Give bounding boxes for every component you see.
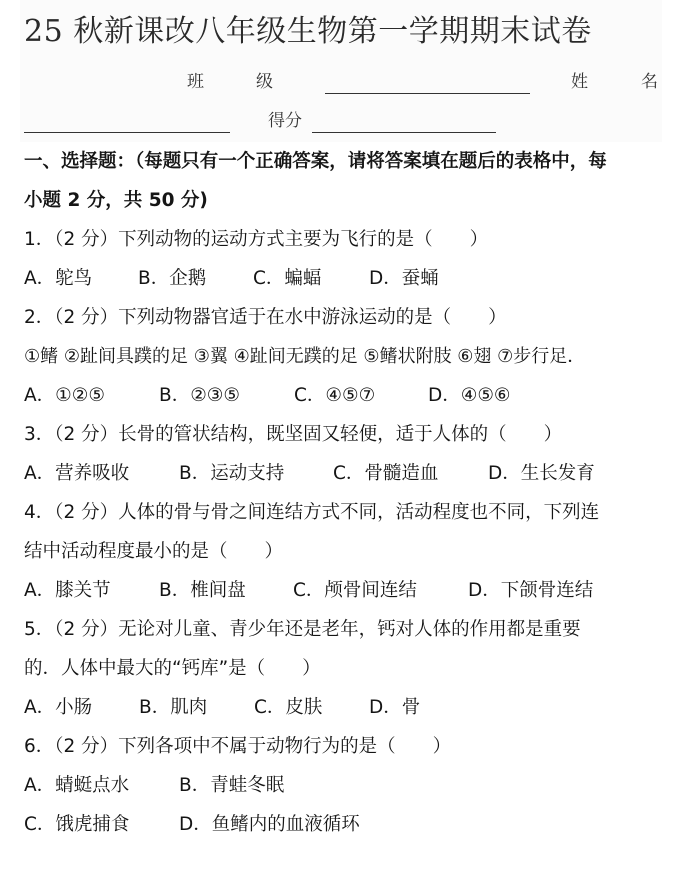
question-6-options-row-2: C．饿虎捕食D．鱼鳍内的血液循环 xyxy=(24,812,360,838)
q2-option-c[interactable]: C．④⑤⑦ xyxy=(294,383,428,409)
question-4-stem-line-2: 结中活动程度最小的是（ ） xyxy=(24,539,283,565)
question-2-stem-items: ①鳍 ②趾间具蹼的足 ③翼 ④趾间无蹼的足 ⑤鳍状附肢 ⑥翅 ⑦步行足． xyxy=(24,344,585,370)
name-label-char-1: 姓 xyxy=(571,71,588,93)
class-label-char-1: 班 xyxy=(187,71,204,93)
question-3-stem: 3．（2 分）长骨的管状结构，既坚固又轻便，适于人体的（ ） xyxy=(24,422,562,448)
question-1-stem: 1．（2 分）下列动物的运动方式主要为飞行的是（ ） xyxy=(24,227,488,253)
q1-option-b[interactable]: B．企鹅 xyxy=(138,266,253,292)
class-label-char-2: 级 xyxy=(256,71,273,93)
question-5-stem-line-2: 的．人体中最大的“钙库”是（ ） xyxy=(24,656,321,682)
q4-option-a[interactable]: A．膝关节 xyxy=(24,578,159,604)
name-label-char-2: 名 xyxy=(641,71,658,93)
q6-option-a[interactable]: A．蜻蜓点水 xyxy=(24,773,179,799)
score-label: 得分 xyxy=(268,110,302,132)
q2-option-d[interactable]: D．④⑤⑥ xyxy=(428,383,511,409)
q4-option-b[interactable]: B．椎间盘 xyxy=(159,578,293,604)
q5-option-c[interactable]: C．皮肤 xyxy=(254,695,369,721)
q6-option-b[interactable]: B．青蛙冬眠 xyxy=(179,773,284,799)
score-blank-line[interactable] xyxy=(312,132,496,133)
question-2-stem: 2．（2 分）下列动物器官适于在水中游泳运动的是（ ） xyxy=(24,305,507,331)
question-3-options: A．营养吸收B．运动支持C．骨髓造血D．生长发育 xyxy=(24,461,595,487)
q6-option-c[interactable]: C．饿虎捕食 xyxy=(24,812,179,838)
q6-option-d[interactable]: D．鱼鳍内的血液循环 xyxy=(179,812,360,838)
section-heading-line-2: 小题 2 分，共 50 分) xyxy=(24,188,208,214)
question-5-options: A．小肠B．肌肉C．皮肤D．骨 xyxy=(24,695,420,721)
question-4-options: A．膝关节B．椎间盘C．颅骨间连结D．下颌骨连结 xyxy=(24,578,593,604)
page-title: 25 秋新课改八年级生物第一学期期末试卷 xyxy=(24,12,664,52)
q5-option-a[interactable]: A．小肠 xyxy=(24,695,139,721)
q3-option-d[interactable]: D．生长发育 xyxy=(488,461,595,487)
q5-option-d[interactable]: D．骨 xyxy=(369,695,420,721)
q5-option-b[interactable]: B．肌肉 xyxy=(139,695,254,721)
question-6-stem: 6．（2 分）下列各项中不属于动物行为的是（ ） xyxy=(24,734,451,760)
q2-option-a[interactable]: A．①②⑤ xyxy=(24,383,159,409)
q1-option-a[interactable]: A．鸵鸟 xyxy=(24,266,138,292)
q3-option-c[interactable]: C．骨髓造血 xyxy=(333,461,488,487)
q1-option-c[interactable]: C．蝙蝠 xyxy=(253,266,369,292)
question-5-stem-line-1: 5．（2 分）无论对儿童、青少年还是老年，钙对人体的作用都是重要 xyxy=(24,617,581,643)
class-blank-line[interactable] xyxy=(325,93,530,94)
question-6-options-row-1: A．蜻蜓点水B．青蛙冬眠 xyxy=(24,773,284,799)
q2-option-b[interactable]: B．②③⑤ xyxy=(159,383,294,409)
section-heading-line-1: 一、选择题：（每题只有一个正确答案，请将答案填在题后的表格中，每 xyxy=(24,149,607,175)
q3-option-b[interactable]: B．运动支持 xyxy=(179,461,333,487)
q1-option-d[interactable]: D．蚕蛹 xyxy=(369,266,439,292)
name-blank-line[interactable] xyxy=(24,132,230,133)
question-2-options: A．①②⑤B．②③⑤C．④⑤⑦D．④⑤⑥ xyxy=(24,383,511,409)
q3-option-a[interactable]: A．营养吸收 xyxy=(24,461,179,487)
q4-option-c[interactable]: C．颅骨间连结 xyxy=(293,578,468,604)
q4-option-d[interactable]: D．下颌骨连结 xyxy=(468,578,593,604)
question-4-stem-line-1: 4．（2 分）人体的骨与骨之间连结方式不同，活动程度也不同，下列连 xyxy=(24,500,599,526)
question-1-options: A．鸵鸟B．企鹅C．蝙蝠D．蚕蛹 xyxy=(24,266,439,292)
